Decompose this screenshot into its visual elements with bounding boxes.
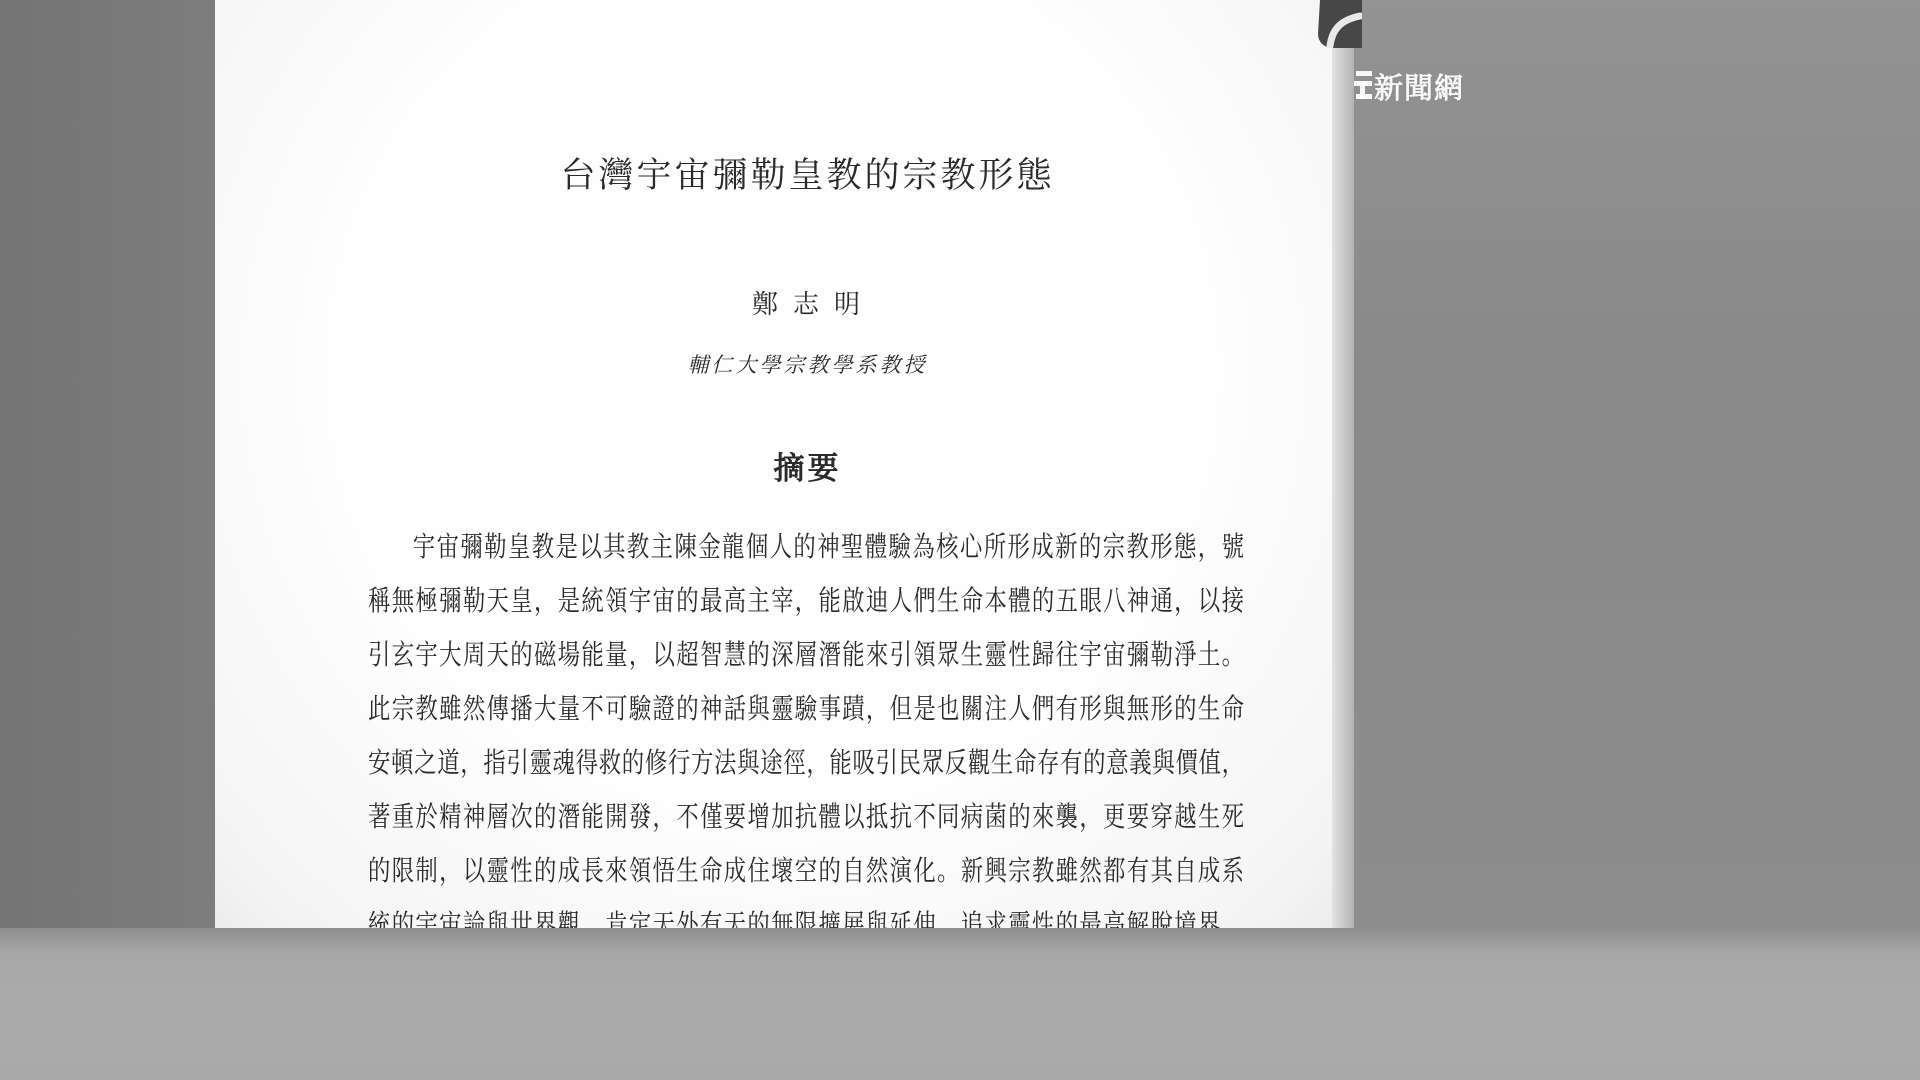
abstract-line: 宇宙彌勒皇教是以其教主陳金龍個人的神聖體驗為核心所形成新的宗教形態，號 — [368, 521, 1244, 575]
left-gray-band — [0, 0, 215, 928]
abstract-body: 宇宙彌勒皇教是以其教主陳金龍個人的神聖體驗為核心所形成新的宗教形態，號 稱無極彌… — [368, 521, 1244, 928]
abstract-line: 引玄宇大周天的磁場能量，以超智慧的深層潛能來引領眾生靈性歸往宇宙彌勒淨土。 — [368, 629, 1244, 683]
watermark-text: 新聞網 — [1374, 66, 1464, 107]
abstract-heading: 摘要 — [368, 443, 1244, 488]
abstract-line: 此宗教雖然傳播大量不可驗證的神話與靈驗事蹟，但是也關注人們有形與無形的生命 — [368, 683, 1244, 737]
news-watermark: 新聞網 — [1354, 66, 1464, 106]
paper-page: 台灣宇宙彌勒皇教的宗教形態 鄭志明 輔仁大學宗教學系教授 摘要 宇宙彌勒皇教是以… — [215, 0, 1332, 928]
channel-logo-partial-icon — [1316, 0, 1362, 48]
abstract-line: 著重於精神層次的潛能開發，不僅要增加抗體以抵抗不同病菌的來襲，更要穿越生死 — [368, 791, 1244, 845]
paper-title: 台灣宇宙彌勒皇教的宗教形態 — [368, 148, 1244, 198]
abstract-line: 的限制，以靈性的成長來領悟生命成住壞空的自然演化。新興宗教雖然都有其自成系 — [368, 845, 1244, 899]
page-edge-shadow — [1332, 0, 1354, 928]
news-frame: 台灣宇宙彌勒皇教的宗教形態 鄭志明 輔仁大學宗教學系教授 摘要 宇宙彌勒皇教是以… — [0, 0, 1920, 1080]
abstract-line: 稱無極彌勒天皇，是統領宇宙的最高主宰，能啟迪人們生命本體的五眼八神通，以接 — [368, 575, 1244, 629]
right-gray-band — [1354, 0, 1920, 928]
paper-affiliation: 輔仁大學宗教學系教授 — [368, 349, 1244, 379]
bottom-gray-band — [0, 928, 1920, 1080]
abstract-line: 安頓之道，指引靈魂得救的修行方法與途徑，能吸引民眾反觀生命存有的意義與價值， — [368, 737, 1244, 791]
paper-author: 鄭志明 — [368, 284, 1244, 321]
abstract-line: 統的宇宙論與世界觀，肯定天外有天的無限擴展與延伸，追求靈性的最高解脫境界， — [368, 899, 1244, 928]
watermark-partial-glyph-icon — [1354, 69, 1372, 104]
